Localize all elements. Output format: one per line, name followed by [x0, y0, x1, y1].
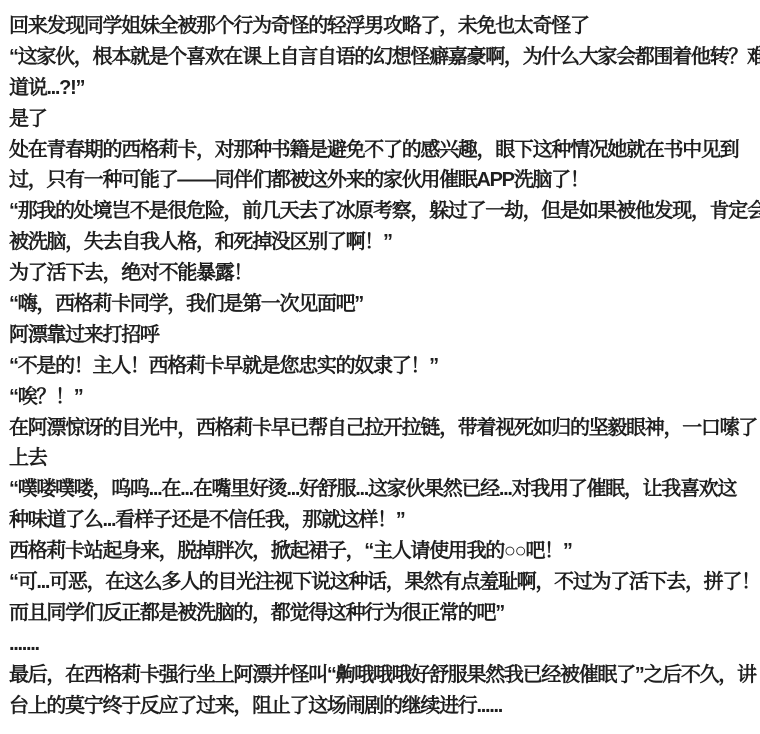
text-line: 种味道了么...看样子还是不信任我，那就这样！”: [9, 505, 754, 536]
text-line: “那我的处境岂不是很危险，前几天去了冰原考察，躲过了一劫，但是如果被他发现，肯定…: [9, 196, 754, 227]
text-line: .......: [9, 629, 754, 660]
text-line: 道说...?!”: [9, 73, 754, 104]
text-line: 西格莉卡站起身来，脱掉胖次，掀起裙子，“主人请使用我的○○吧！”: [9, 536, 754, 567]
text-line: 为了活下去，绝对不能暴露！: [9, 258, 754, 289]
text-line: “唉？！”: [9, 382, 754, 413]
text-line: 最后，在西格莉卡强行坐上阿漂并怪叫“齁哦哦哦好舒服果然我已经被催眠了”之后不久，…: [9, 660, 754, 691]
text-line: “嗨，西格莉卡同学，我们是第一次见面吧”: [9, 289, 754, 320]
text-line: 被洗脑，失去自我人格，和死掉没区别了啊！”: [9, 227, 754, 258]
text-line: 台上的莫宁终于反应了过来，阻止了这场闹剧的继续进行......: [9, 691, 754, 722]
text-line: “可...可恶，在这么多人的目光注视下说这种话，果然有点羞耻啊，不过为了活下去，…: [9, 567, 754, 598]
text-line: “不是的！主人！西格莉卡早就是您忠实的奴隶了！”: [9, 351, 754, 382]
text-body: 回来发现同学姐妹全被那个行为奇怪的轻浮男攻略了，未免也太奇怪了 “这家伙，根本就…: [0, 0, 760, 734]
text-line: 上去: [9, 443, 754, 474]
text-line: 处在青春期的西格莉卡，对那种书籍是避免不了的感兴趣，眼下这种情况她就在书中见到: [9, 135, 754, 166]
text-line: 是了: [9, 104, 754, 135]
text-line: 在阿漂惊讶的目光中，西格莉卡早已帮自己拉开拉链，带着视死如归的坚毅眼神，一口嗦了: [9, 413, 754, 444]
text-line: “这家伙，根本就是个喜欢在课上自言自语的幻想怪癖嘉豪啊，为什么大家会都围着他转？…: [9, 42, 754, 73]
text-line: 过，只有一种可能了——同伴们都被这外来的家伙用催眠APP洗脑了！: [9, 165, 754, 196]
text-line: 回来发现同学姐妹全被那个行为奇怪的轻浮男攻略了，未免也太奇怪了: [9, 11, 754, 42]
text-line: 而且同学们反正都是被洗脑的，都觉得这种行为很正常的吧”: [9, 598, 754, 629]
text-line: “噗喽噗喽，呜呜...在...在嘴里好烫...好舒服...这家伙果然已经...对…: [9, 474, 754, 505]
text-line: 阿漂靠过来打招呼: [9, 320, 754, 351]
